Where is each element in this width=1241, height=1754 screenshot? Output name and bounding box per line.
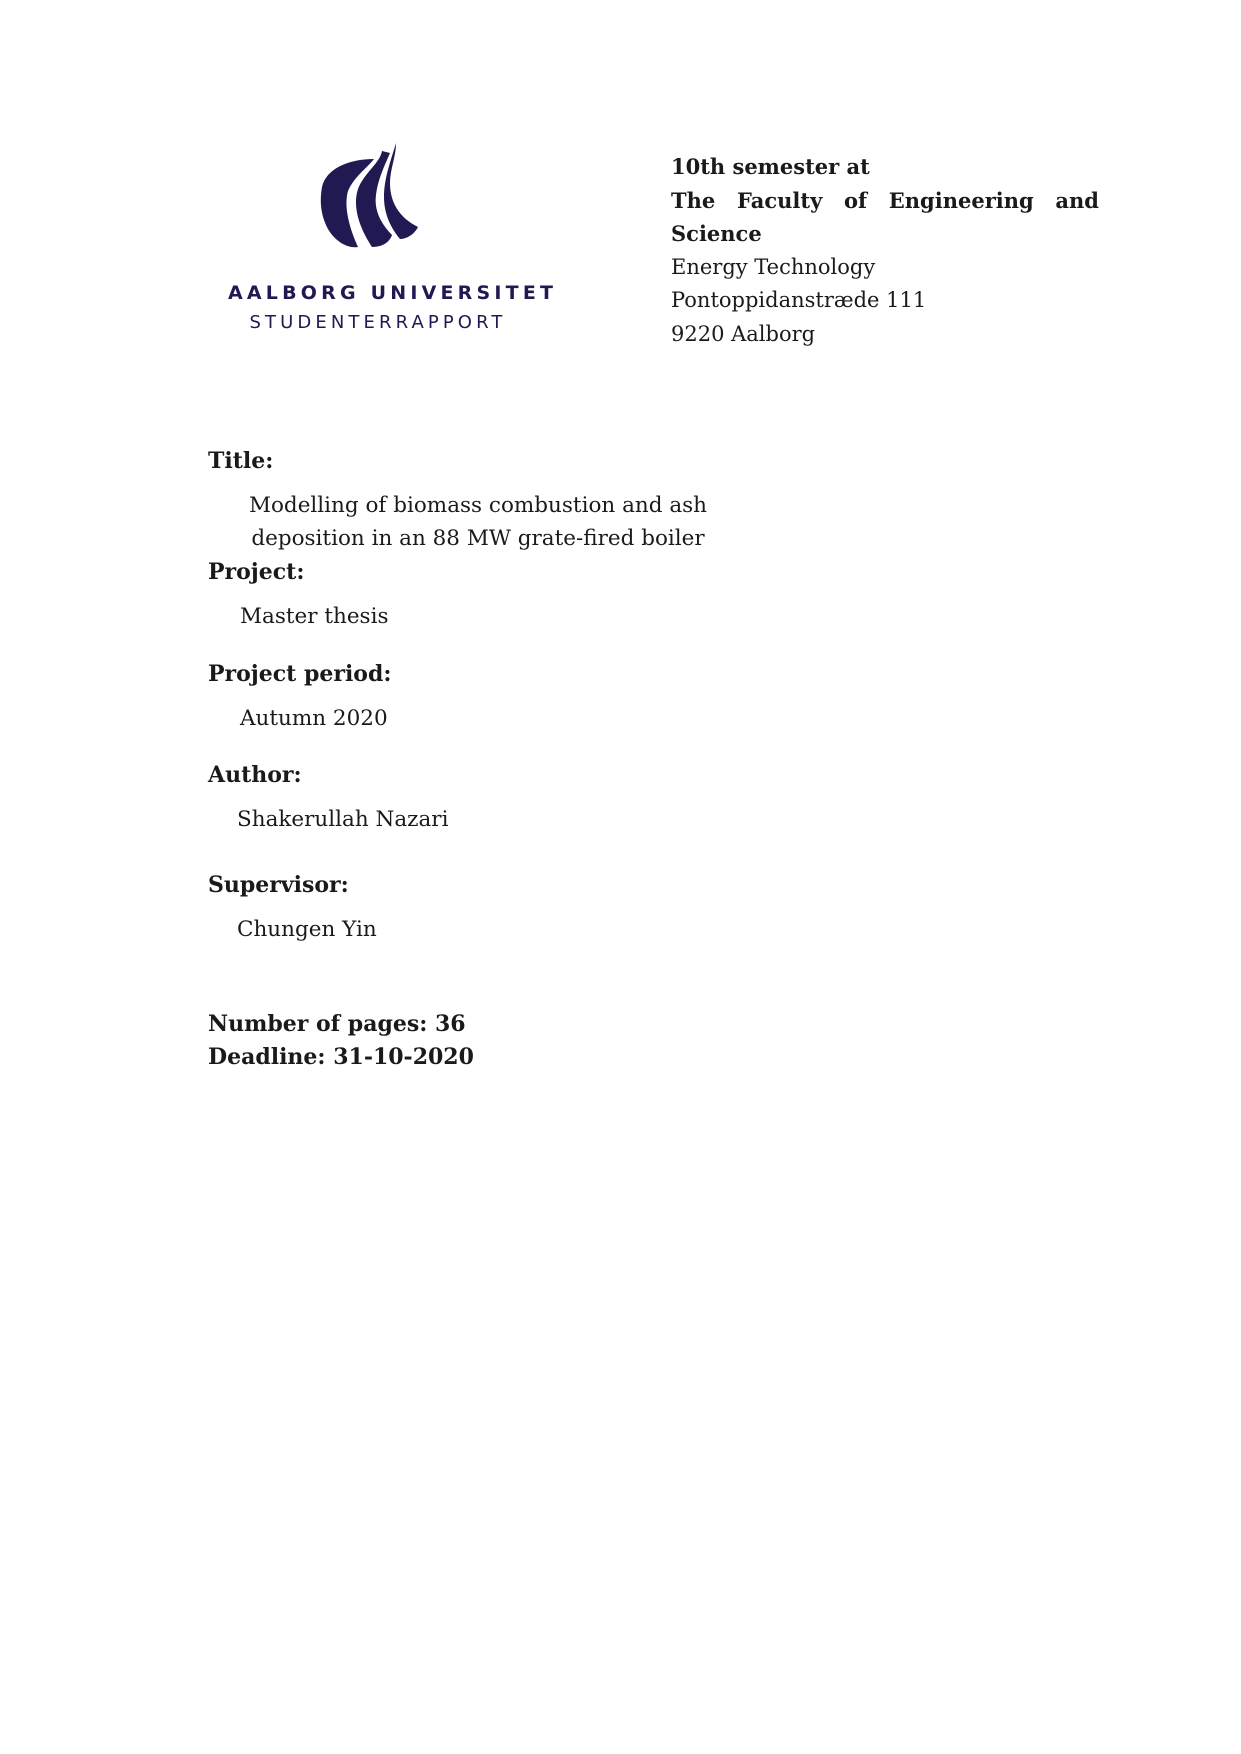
semester: 10th semester at — [671, 150, 1099, 184]
summary: Number of pages: 36 Deadline: 31-10-2020 — [208, 1008, 474, 1074]
faculty-line-2: Science — [671, 217, 1099, 251]
project-label: Project: — [208, 559, 304, 585]
title-line-2: deposition in an 88 MW grate-fired boile… — [228, 522, 728, 555]
logo-waves-icon — [318, 143, 424, 251]
institution-info: 10th semester at The Faculty of Engineer… — [671, 150, 1099, 351]
department: Energy Technology — [671, 251, 1099, 285]
university-logo-mark — [318, 143, 424, 251]
project-period-value: Autumn 2020 — [208, 702, 388, 735]
supervisor-label: Supervisor: — [208, 872, 349, 898]
title-value: Modelling of biomass combustion and ash … — [208, 489, 728, 555]
city: 9220 Aalborg — [671, 318, 1099, 352]
title-line-1: Modelling of biomass combustion and ash — [228, 489, 728, 522]
supervisor-value: Chungen Yin — [208, 913, 377, 946]
page-count: Number of pages: 36 — [208, 1008, 474, 1041]
title-label: Title: — [208, 448, 273, 474]
university-name: AALBORG UNIVERSITET — [228, 282, 528, 304]
faculty-line-1: The Faculty of Engineering and — [671, 184, 1099, 218]
project-value: Master thesis — [208, 600, 389, 633]
street-address: Pontoppidanstræde 111 — [671, 284, 1099, 318]
author-value: Shakerullah Nazari — [208, 803, 448, 836]
author-label: Author: — [208, 762, 302, 788]
project-period-label: Project period: — [208, 661, 392, 687]
deadline: Deadline: 31-10-2020 — [208, 1041, 474, 1074]
report-type: STUDENTERRAPPORT — [228, 312, 528, 333]
